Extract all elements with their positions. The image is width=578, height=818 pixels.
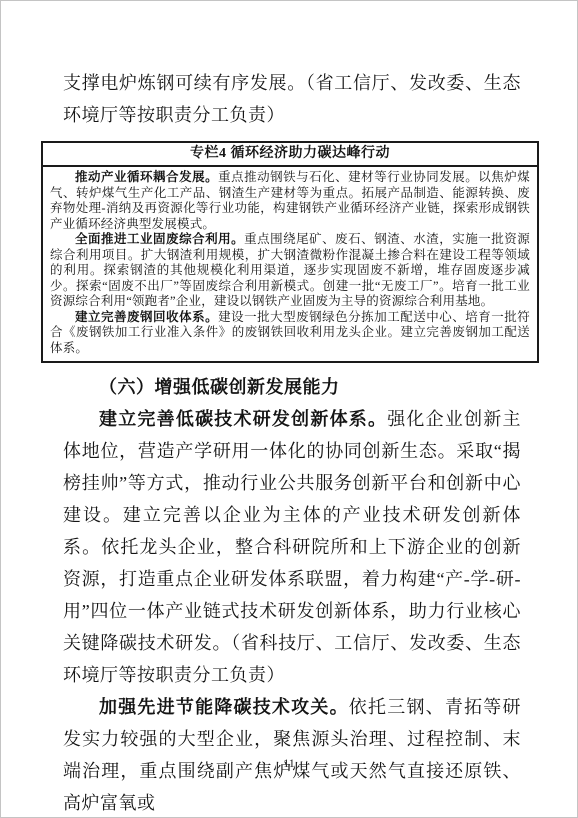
box-paragraph-3: 建立完善废钢回收体系。建设一批大型废钢绿色分拣加工配送中心、培育一批符合《废钢铁… [50,310,530,357]
column-box-title: 专栏4 循环经济助力碳达峰行动 [43,143,537,167]
section-paragraph-1-lead: 建立完善低碳技术研发创新体系。 [99,409,387,429]
section-paragraph-2-lead: 加强先进节能降碳技术攻关。 [99,697,349,717]
section-heading-six: （六）增强低碳创新发展能力 [63,371,521,403]
continuation-paragraph: 支撑电炉炼钢可续有序发展。（省工信厅、发改委、生态环境厅等按职责分工负责） [63,67,521,131]
box-paragraph-3-lead: 建立完善废钢回收体系。 [75,310,218,324]
section-paragraph-1: 建立完善低碳技术研发创新体系。强化企业创新主体地位，营造产学研用一体化的协同创新… [63,403,521,691]
column-box-4: 专栏4 循环经济助力碳达峰行动 推动产业循环耦合发展。重点推动钢铁与石化、建材等… [41,141,539,363]
page-content: 支撑电炉炼钢可续有序发展。（省工信厅、发改委、生态环境厅等按职责分工负责） 专栏… [63,67,521,818]
box-paragraph-1-lead: 推动产业循环耦合发展。 [75,170,218,184]
box-paragraph-2-lead: 全面推进工业固废综合利用。 [75,232,244,246]
box-paragraph-2: 全面推进工业固废综合利用。重点围绕尾矿、废石、钢渣、水渣，实施一批资源综合利用项… [50,232,530,310]
column-box-body: 推动产业循环耦合发展。重点推动钢铁与石化、建材等行业协同发展。以焦炉煤气、转炉煤… [43,167,537,361]
document-page: 支撑电炉炼钢可续有序发展。（省工信厅、发改委、生态环境厅等按职责分工负责） 专栏… [0,0,578,818]
page-number: 11 [1,756,577,771]
section-paragraph-2: 加强先进节能降碳技术攻关。依托三钢、青拓等研发实力较强的大型企业，聚焦源头治理、… [63,691,521,818]
box-paragraph-1: 推动产业循环耦合发展。重点推动钢铁与石化、建材等行业协同发展。以焦炉煤气、转炉煤… [50,170,530,232]
section-paragraph-1-text: 强化企业创新主体地位，营造产学研用一体化的协同创新生态。采取“揭榜挂帅”等方式，… [63,409,521,685]
